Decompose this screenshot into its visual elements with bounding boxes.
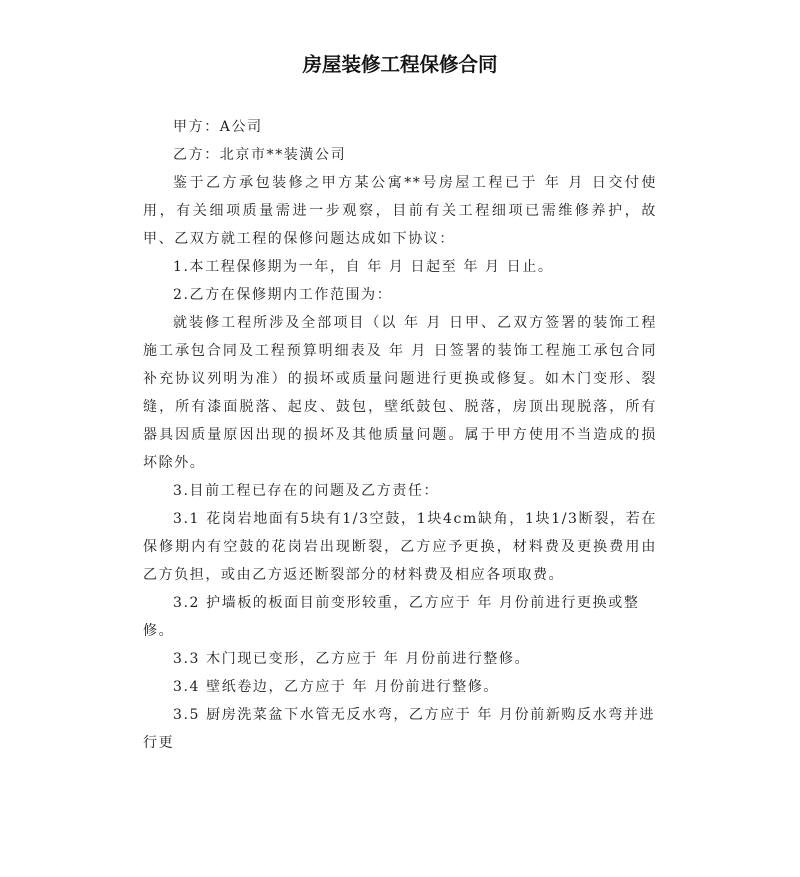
clause-2-heading: 2.乙方在保修期内工作范围为：	[143, 281, 657, 309]
party-a: 甲方：A公司	[143, 113, 657, 141]
clause-3-2: 3.2 护墙板的板面目前变形较重，乙方应于 年 月份前进行更换或整修。	[143, 589, 657, 645]
clause-2-scope-paragraph: 就装修工程所涉及全部项目（以 年 月 日甲、乙双方签署的装饰工程施工承包合同及工…	[143, 309, 657, 477]
clause-3-5: 3.5 厨房洗菜盆下水管无反水弯，乙方应于 年 月份前新购反水弯并进行更	[143, 701, 657, 757]
document-body: 甲方：A公司 乙方：北京市**装潢公司 鉴于乙方承包装修之甲方某公寓**号房屋工…	[143, 113, 657, 757]
party-b: 乙方：北京市**装潢公司	[143, 141, 657, 169]
clause-3-3: 3.3 木门现已变形，乙方应于 年 月份前进行整修。	[143, 645, 657, 673]
clause-3-heading: 3.目前工程已存在的问题及乙方责任：	[143, 477, 657, 505]
clause-3-4: 3.4 壁纸卷边，乙方应于 年 月份前进行整修。	[143, 673, 657, 701]
clause-3-1: 3.1 花岗岩地面有5块有1/3空鼓，1块4cm缺角，1块1/3断裂，若在保修期…	[143, 505, 657, 589]
preamble-paragraph: 鉴于乙方承包装修之甲方某公寓**号房屋工程已于 年 月 日交付使用，有关细项质量…	[143, 169, 657, 253]
clause-1-warranty-period: 1.本工程保修期为一年，自 年 月 日起至 年 月 日止。	[143, 253, 657, 281]
document-page: 房屋装修工程保修合同 甲方：A公司 乙方：北京市**装潢公司 鉴于乙方承包装修之…	[0, 0, 800, 877]
document-title: 房屋装修工程保修合同	[0, 52, 800, 78]
